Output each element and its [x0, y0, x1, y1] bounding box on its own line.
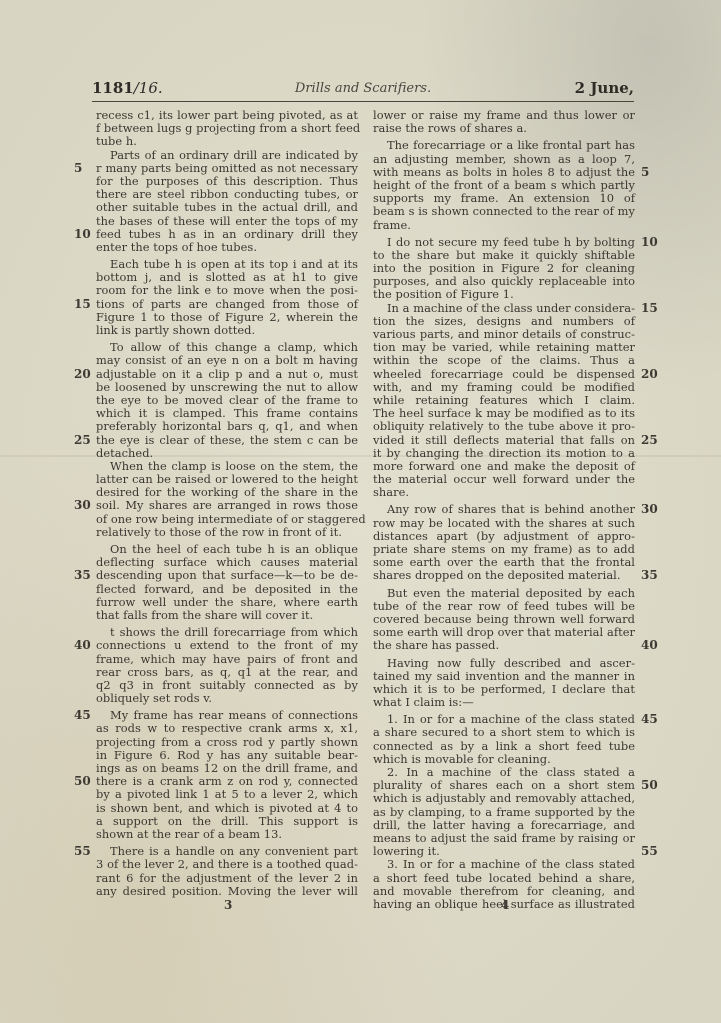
text-line: frame. — [373, 219, 635, 232]
line-text: tube of the rear row of feed tubes will … — [373, 599, 635, 613]
line-text: preferably horizontal bars q, q1, and wh… — [96, 419, 358, 433]
line-text: in Figure 6. Rod y has any suitable bear… — [96, 748, 358, 762]
text-line: that falls from the share will cover it. — [96, 609, 358, 622]
line-text: I do not secure my feed tube h by boltin… — [387, 235, 635, 249]
line-text: for the purposes of this description. Th… — [96, 174, 358, 188]
text-line: raise the rows of shares a. — [373, 122, 635, 135]
line-text: with, and my framing could be modified — [373, 380, 635, 394]
line-text: height of the front of a beam s which pa… — [373, 178, 635, 192]
line-text: any desired position. Moving the lever w… — [96, 884, 358, 898]
text-line: obliquely set rods v. — [96, 692, 358, 705]
line-text: the position of Figure 1. — [373, 287, 514, 301]
line-text: shares dropped on the deposited material… — [373, 568, 621, 582]
line-text: ings as on beams 12 on the drill frame, … — [96, 761, 358, 775]
line-text: Figure 1 to those of Figure 2, wherein t… — [96, 310, 358, 324]
line-text: tions of parts are changed from those of — [96, 297, 358, 311]
line-text: room for the link e to move when the pos… — [96, 283, 358, 297]
line-text: Any row of shares that is behind another — [387, 502, 635, 516]
line-text: On the heel of each tube h is an oblique — [110, 542, 358, 556]
line-text: Parts of an ordinary drill are indicated… — [110, 148, 358, 162]
line-text: adjustable on it a clip p and a nut o, m… — [96, 367, 358, 381]
line-text: desired for the working of the share in … — [96, 485, 358, 499]
line-text: latter can be raised or lowered to the h… — [96, 472, 358, 486]
line-text: My frame has rear means of connections — [110, 708, 358, 722]
line-text: relatively to those of the row in front … — [96, 525, 342, 539]
line-text: the share has passed. — [373, 638, 499, 652]
line-text: with means as bolts in holes 8 to adjust… — [373, 165, 635, 179]
line-text: lower or raise my frame and thus lower o… — [373, 108, 635, 122]
line-text: lowering it. — [373, 844, 440, 858]
line-text: various parts, and minor details of cons… — [373, 327, 635, 341]
line-text: other suitable tubes in the actual drill… — [96, 200, 358, 214]
line-text: connected as by a link a short feed tube — [373, 739, 635, 753]
line-text: Having now fully described and ascer- — [387, 656, 635, 670]
line-text: shown at the rear of a beam 13. — [96, 827, 282, 841]
text-line: share. — [373, 486, 635, 499]
header-title: Drills and Scarifiers. — [92, 81, 634, 96]
line-text: descending upon that surface—k—to be de- — [96, 568, 358, 582]
line-text: and movable therefrom for cleaning, and — [373, 884, 635, 898]
line-number: 55 — [74, 845, 92, 858]
line-text: To allow of this change a clamp, which — [110, 340, 358, 354]
line-text: The forecarriage or a like frontal part … — [387, 138, 635, 152]
line-text: by a pivoted link 1 at 5 to a lever 2, w… — [96, 787, 358, 801]
line-text: rear cross bars, as q, q1 at the rear, a… — [96, 665, 358, 679]
header-date: 2 June, — [575, 79, 634, 97]
line-text: detached. — [96, 446, 153, 460]
text-line: the share has passed.40 — [373, 639, 635, 652]
line-number: 20 — [74, 368, 92, 381]
line-text: within the scope of the claims. Thus a — [373, 353, 635, 367]
line-text: row may be located with the shares at su… — [373, 516, 635, 530]
line-text: obliquely set rods v. — [96, 691, 212, 705]
text-line: beam s is shown connected to the rear of… — [373, 205, 635, 218]
line-text: frame. — [373, 218, 411, 232]
document-page: 1181/16. Drills and Scarifiers. 2 June, … — [0, 0, 721, 1023]
line-text: connections u extend to the front of my — [96, 638, 358, 652]
line-text: into the position in Figure 2 for cleani… — [373, 261, 635, 275]
line-text: be loosened by unscrewing the nut to all… — [96, 380, 358, 394]
line-number: 15 — [641, 302, 658, 315]
line-text: obliquity relatively to the tube above i… — [373, 419, 635, 433]
line-text: the material occur well forward under th… — [373, 472, 635, 486]
line-text: q2 q3 in front suitably connected as by — [96, 678, 358, 692]
text-line: enter the tops of hoe tubes. — [96, 241, 358, 254]
line-text: projecting from a cross rod y partly sho… — [96, 735, 358, 749]
line-text: deflecting surface which causes material — [96, 555, 358, 569]
line-text: an adjusting member, shown as a loop 7, — [373, 152, 635, 166]
line-text: 3 of the lever 2, and there is a toothed… — [96, 857, 358, 871]
line-text: link is partly shown dotted. — [96, 323, 255, 337]
line-text: enter the tops of hoe tubes. — [96, 240, 257, 254]
line-number: 30 — [641, 503, 658, 516]
line-text: recess c1, its lower part being pivoted,… — [96, 108, 358, 122]
line-text: flected forward, and be deposited in the — [96, 582, 358, 596]
text-line: relatively to those of the row in front … — [96, 526, 358, 539]
line-text: what I claim is:— — [373, 695, 474, 709]
line-text: beam s is shown connected to the rear of… — [373, 204, 635, 218]
line-text: 2. In a machine of the class stated a — [387, 765, 635, 779]
page-number-left: 3 — [224, 898, 232, 912]
text-line: shown at the rear of a beam 13. — [96, 828, 358, 841]
line-text: as by clamping, to a frame supported by … — [373, 805, 635, 819]
line-text: while retaining features which I claim. — [373, 393, 635, 407]
line-number: 10 — [641, 236, 658, 249]
line-text: the bases of these will enter the tops o… — [96, 214, 358, 228]
line-text: covered because being thrown well forwar… — [373, 612, 635, 626]
line-text: tion the sizes, designs and numbers of — [373, 314, 635, 328]
line-text: that falls from the share will cover it. — [96, 608, 313, 622]
line-number: 35 — [641, 569, 658, 582]
line-text: In a machine of the class under consider… — [387, 301, 635, 315]
line-text: plurality of shares each on a short stem — [373, 778, 635, 792]
line-text: which it is clamped. This frame contains — [96, 406, 358, 420]
text-line: any desired position. Moving the lever w… — [96, 885, 358, 898]
line-text: tained my said invention and the manner … — [373, 669, 635, 683]
header-rule — [92, 101, 634, 102]
line-text: there is a crank arm z on rod y, connect… — [96, 774, 358, 788]
line-number: 55 — [641, 845, 658, 858]
line-text: a share secured to a short stem to which… — [373, 725, 635, 739]
line-text: f between lugs g projecting from a short… — [96, 121, 360, 135]
line-text: When the clamp is loose on the stem, the — [110, 459, 358, 473]
line-number: 35 — [74, 569, 92, 582]
line-text: The heel surface k may be modified as to… — [373, 406, 635, 420]
line-text: drill, the latter having a forecarriage,… — [373, 818, 635, 832]
line-text: as rods w to respective crank arms x, x1… — [96, 721, 358, 735]
page-header: 1181/16. Drills and Scarifiers. 2 June, — [92, 76, 634, 98]
line-text: means to adjust the said frame by raisin… — [373, 831, 635, 845]
line-number: 15 — [74, 298, 92, 311]
line-text: bottom j, and is slotted as at h1 to giv… — [96, 270, 358, 284]
line-text: rant 6 for the adjustment of the lever 2… — [96, 871, 358, 885]
text-line: what I claim is:— — [373, 696, 635, 709]
line-text: furrow well under the share, where earth — [96, 595, 358, 609]
line-text: some earth over the earth that the front… — [373, 555, 635, 569]
line-number: 20 — [641, 368, 658, 381]
line-text: more forward one and make the deposit of — [373, 459, 635, 473]
line-number: 5 — [641, 166, 649, 179]
line-text: which it is to be performed, I declare t… — [373, 682, 635, 696]
line-number: 10 — [74, 228, 92, 241]
line-number: 5 — [74, 162, 92, 175]
line-text: the eye to be moved clear of the frame t… — [96, 393, 358, 407]
text-line: shares dropped on the deposited material… — [373, 569, 635, 582]
line-text: t shows the drill forecarriage from whic… — [110, 625, 358, 639]
line-text: it by changing the direction its motion … — [373, 446, 635, 460]
line-text: which is adjustably and removably attach… — [373, 791, 635, 805]
line-text: Each tube h is open at its top i and at … — [110, 257, 358, 271]
line-number: 25 — [74, 434, 92, 447]
line-text: priate share stems on my frame) as to ad… — [373, 542, 635, 556]
line-text: soil. My shares are arranged in rows tho… — [96, 498, 358, 512]
line-text: to the share but make it quickly shiftab… — [373, 248, 635, 262]
line-number: 30 — [74, 499, 92, 512]
line-number: 25 — [641, 434, 658, 447]
line-text: wheeled forecarriage could be dispensed — [373, 367, 635, 381]
line-number: 40 — [641, 639, 658, 652]
line-text: purposes, and also quickly replaceable i… — [373, 274, 635, 288]
text-line: the material occur well forward under th… — [373, 473, 635, 486]
line-text: there are steel ribbon conducting tubes,… — [96, 187, 358, 201]
line-text: tion may be varied, while retaining matt… — [373, 340, 635, 354]
line-text: some earth will drop over that material … — [373, 625, 635, 639]
line-text: 1. In or for a machine of the class stat… — [387, 712, 635, 726]
line-text: share. — [373, 485, 409, 499]
line-text: supports my frame. An extension 10 of — [373, 191, 635, 205]
line-text: of one row being intermediate of or stag… — [96, 512, 366, 526]
line-text: is shown bent, and which is pivoted at 4… — [96, 801, 358, 815]
left-column: recess c1, its lower part being pivoted,… — [96, 109, 358, 898]
line-text: distances apart (by adjustment of appro- — [373, 529, 635, 543]
line-text: a support on the drill. This support is — [96, 814, 358, 828]
line-number: 45 — [641, 713, 658, 726]
line-text: which is movable for cleaning. — [373, 752, 551, 766]
line-text: tube h. — [96, 134, 137, 148]
line-text: 3. In or for a machine of the class stat… — [387, 857, 635, 871]
page-number-right: 4 — [501, 898, 509, 912]
right-column: lower or raise my frame and thus lower o… — [373, 109, 635, 911]
line-text: There is a handle on any convenient part — [110, 844, 358, 858]
line-number: 50 — [74, 775, 92, 788]
text-line: link is partly shown dotted. — [96, 324, 358, 337]
line-number: 45 — [74, 709, 92, 722]
line-text: raise the rows of shares a. — [373, 121, 527, 135]
line-text: a short feed tube located behind a share… — [373, 871, 635, 885]
line-text: the eye is clear of these, the stem c ca… — [96, 433, 358, 447]
line-text: vided it still deflects material that fa… — [373, 433, 635, 447]
line-number: 50 — [641, 779, 658, 792]
line-text: feed tubes h as in an ordinary drill the… — [96, 227, 358, 241]
line-text: frame, which may have pairs of front and — [96, 652, 358, 666]
line-text: may consist of an eye n on a bolt m havi… — [96, 353, 358, 367]
line-text: But even the material deposited by each — [387, 586, 635, 600]
line-number: 40 — [74, 639, 92, 652]
line-text: r many parts being omitted as not necess… — [96, 161, 358, 175]
